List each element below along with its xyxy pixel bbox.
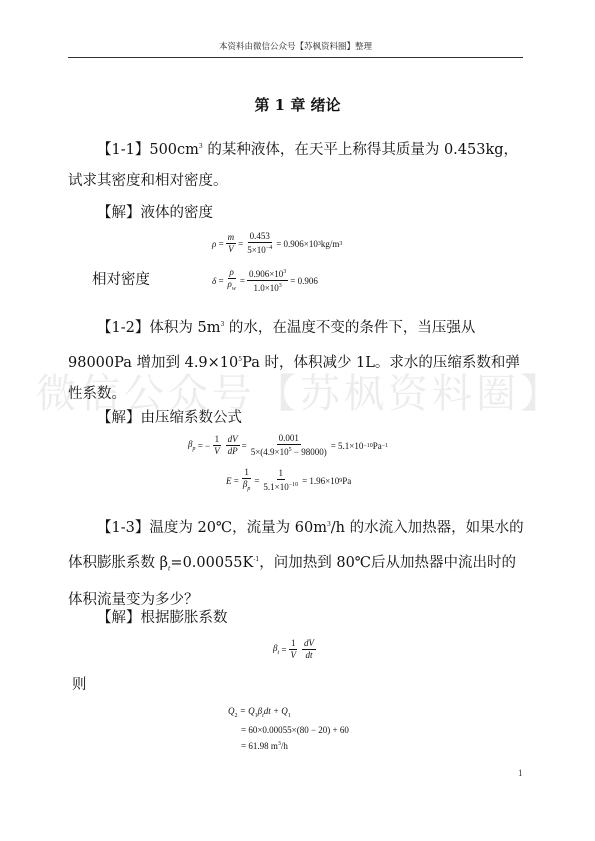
statement-text: =0.00055K	[170, 555, 253, 571]
eq-lhs: βp	[188, 439, 195, 452]
subscript: p	[247, 486, 250, 492]
subscript: w	[232, 286, 236, 292]
solution-label: 【解】	[97, 610, 141, 626]
statement-text: 温度为 20℃，流量为 60m	[149, 520, 327, 536]
unit: kg/m	[321, 239, 340, 249]
header-divider	[68, 57, 523, 58]
exponent: 3	[283, 269, 286, 275]
solution-text: 液体的密度	[141, 205, 214, 221]
unit: Pa	[373, 441, 382, 451]
equation-density: ρ = mV= 0.4535×10−4 = 0.906×103 kg/m3	[212, 231, 342, 256]
eq-result: = 5.1×10	[331, 441, 364, 451]
denominator: 5.1×10−10	[261, 480, 300, 493]
exponent: 3	[279, 283, 282, 289]
page-header: 本资料由微信公众号【苏枫资料圈】整理	[68, 40, 523, 52]
equation-relative-density: δ = ρρw= 0.906×1031.0×103 = 0.906	[212, 267, 318, 295]
numerator: m	[226, 232, 237, 244]
denominator: dt	[303, 650, 314, 661]
eq-lhs: E	[226, 476, 232, 486]
denominator: 5×10−4	[245, 243, 274, 256]
equation-flow-result: Q2 = Q1βtdt + Q1 = 60×0.00055×(80 − 20) …	[228, 704, 349, 753]
fraction: dVdP	[226, 434, 240, 457]
numerator: 0.001	[277, 433, 301, 445]
problem-id: 【1-3】	[97, 520, 149, 536]
denominator: V	[212, 446, 222, 457]
eq-line-3: = 61.98 m3/h	[228, 737, 349, 753]
den-base: 5.1×10	[263, 482, 288, 492]
equation-compressibility: βp = − 1V dVdP= 0.0015×(4.9×105 − 98000)…	[188, 433, 388, 458]
exponent: −4	[266, 245, 272, 251]
eq-result: = 1.96×10	[302, 476, 339, 486]
eq-result: = 0.906×10	[276, 239, 318, 249]
subscript: p	[192, 446, 195, 452]
denominator: 5×(4.9×105 − 98000)	[249, 445, 329, 458]
eq-line-1: Q2 = Q1βtdt + Q1	[228, 704, 349, 723]
problem-id: 【1-1】	[97, 142, 149, 158]
denominator: ρw	[226, 279, 238, 295]
eq-result: = 0.906	[290, 276, 318, 286]
fraction: 0.4535×10−4	[245, 231, 274, 256]
denominator: V	[288, 650, 298, 661]
den-tail: − 98000)	[292, 447, 327, 457]
then-label: 则	[72, 670, 532, 701]
denominator: 1.0×103	[251, 281, 283, 294]
eq-line-2: = 60×0.00055×(80 − 20) + 60	[228, 723, 349, 737]
den-base: 1.0×10	[253, 283, 278, 293]
exponent: −10	[363, 443, 372, 449]
exponent: −10	[289, 482, 298, 488]
eq-term: = Q	[238, 706, 255, 716]
problem-id: 【1-2】	[97, 320, 149, 336]
eq-lhs: βt	[273, 643, 279, 656]
fraction: 1V	[212, 434, 222, 457]
exponent: 3	[339, 241, 342, 247]
problem-1-2-solution-label: 【解】由压缩系数公式	[68, 403, 528, 434]
subscript: 1	[288, 713, 291, 719]
numerator: dV	[302, 638, 316, 650]
eq-term: = 61.98 m	[241, 741, 278, 751]
numerator: 1	[213, 434, 222, 446]
solution-label: 【解】	[97, 410, 141, 426]
subscript: t	[277, 650, 279, 656]
unit: /h	[281, 741, 288, 751]
denominator: dP	[226, 446, 240, 457]
numerator: dV	[226, 434, 240, 446]
num-base: 0.906×10	[249, 269, 283, 279]
solution-text: 根据膨胀系数	[141, 610, 228, 626]
solution-label: 【解】	[97, 205, 141, 221]
numerator: 0.453	[248, 231, 272, 243]
fraction: 1βp	[241, 467, 252, 495]
numerator: 1	[289, 638, 298, 650]
problem-1-3-statement: 【1-3】温度为 20℃，流量为 60m3/h 的水流入加热器，如果水的体积膨胀…	[68, 509, 528, 616]
solution-text: 由压缩系数公式	[141, 410, 243, 426]
fraction: 0.906×1031.0×103	[247, 267, 288, 294]
fraction: 15.1×10−10	[261, 468, 300, 493]
equation-elasticity: E = 1βp= 15.1×10−10 = 1.96×109 Pa	[226, 467, 351, 495]
unit: Pa	[342, 476, 351, 486]
denominator: V	[226, 244, 236, 255]
statement-text: 体积为 5m	[149, 320, 220, 336]
numerator: 0.906×103	[247, 267, 288, 281]
fraction: ρρw	[226, 267, 238, 295]
numerator: 1	[242, 467, 251, 479]
statement-text: 500cm	[149, 142, 199, 158]
fraction: 0.0015×(4.9×105 − 98000)	[249, 433, 329, 458]
problem-1-3-solution-label: 【解】根据膨胀系数	[68, 603, 528, 634]
denominator: βp	[241, 479, 252, 495]
fraction: 1V	[288, 638, 298, 661]
problem-1-2-statement: 【1-2】体积为 5m3 的水，在温度不变的条件下，当压强从 98000Pa 增…	[68, 309, 528, 410]
eq-lhs: ρ	[212, 239, 216, 249]
equation-expansion-coefficient: βt = 1V dVdt	[273, 638, 318, 661]
relative-density-label: 相对密度	[92, 265, 552, 296]
eq-lhs: δ	[212, 276, 216, 286]
fraction: mV	[226, 232, 237, 255]
exponent: −1	[382, 443, 388, 449]
page-number: 1	[518, 768, 523, 778]
problem-1-1-statement: 【1-1】500cm3 的某种液体，在天平上称得其质量为 0.453kg，试求其…	[68, 131, 528, 197]
eq-term: dt + Q	[264, 706, 288, 716]
den-base: 5×10	[247, 245, 266, 255]
problem-1-1-solution-label: 【解】液体的密度	[68, 198, 528, 229]
fraction: dVdt	[302, 638, 316, 661]
numerator: 1	[277, 468, 286, 480]
chapter-title: 第 1 章 绪论	[0, 94, 595, 115]
den-base: 5×(4.9×10	[251, 447, 289, 457]
numerator: ρ	[228, 267, 236, 279]
